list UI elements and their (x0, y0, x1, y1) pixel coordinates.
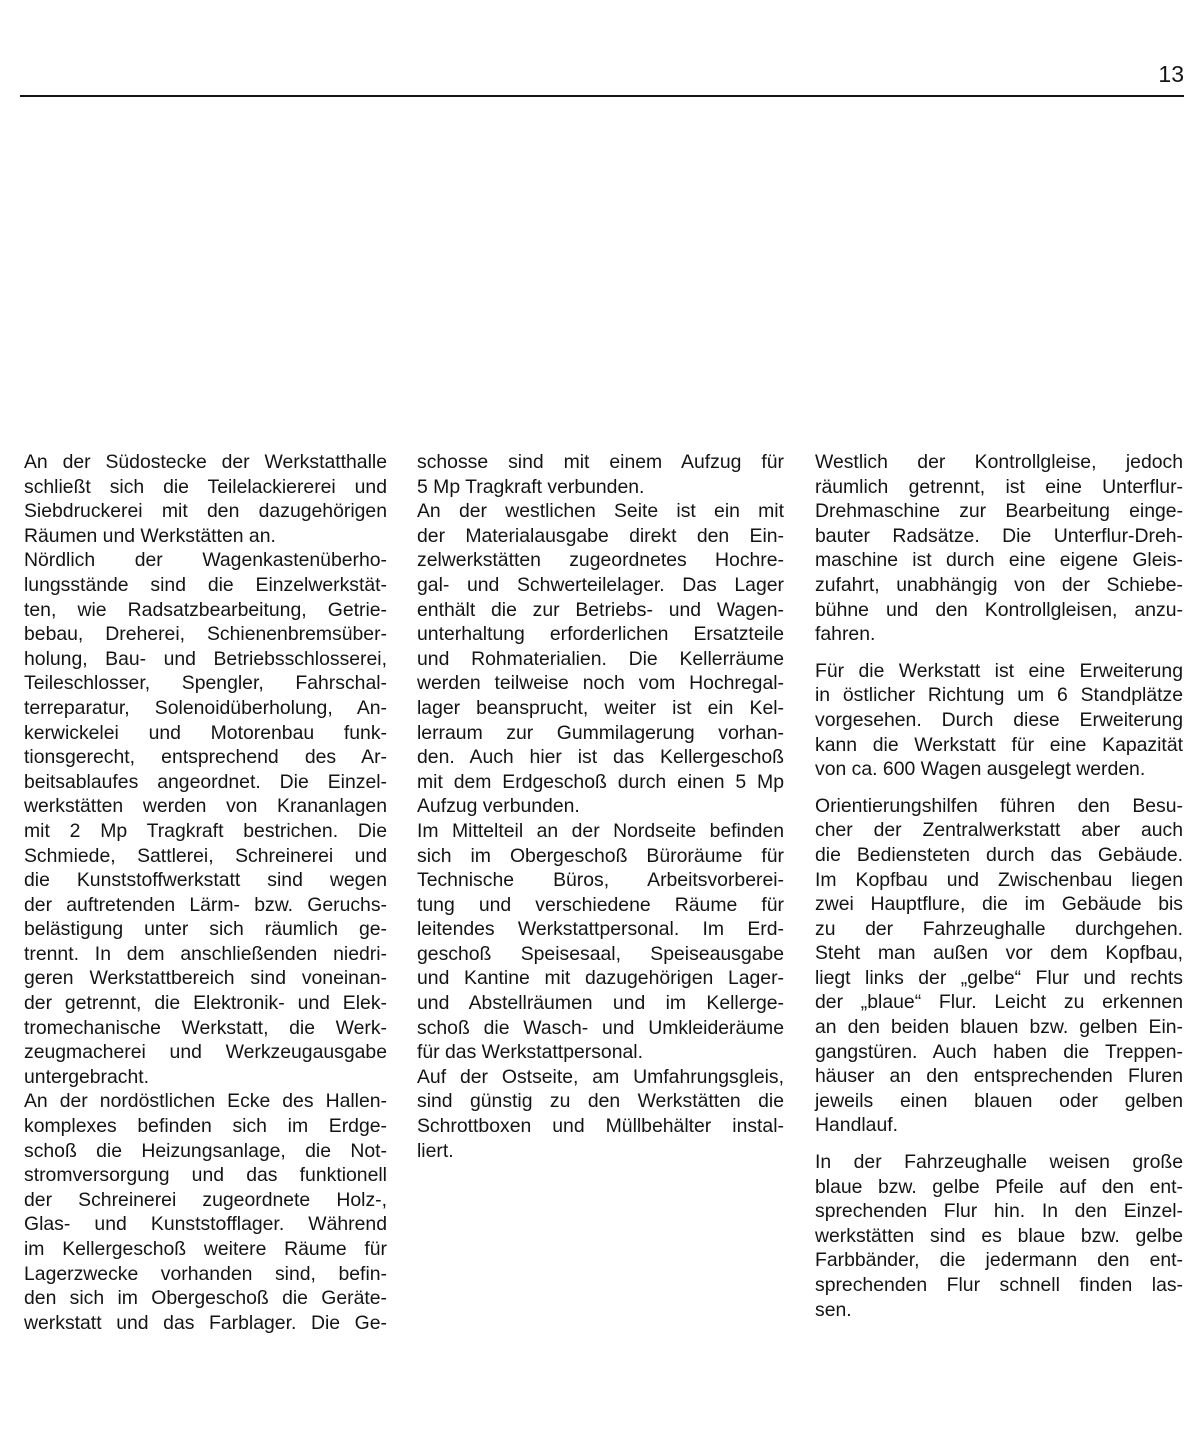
text-line: räumlich getrennt, ist eine Unterflur- (815, 475, 1183, 500)
text-line: Für die Werkstatt ist eine Erweiterung (815, 659, 1183, 684)
text-line: belästigung unter sich räumlich ge- (24, 917, 387, 942)
text-line: Drehmaschine zur Bearbeitung einge- (815, 499, 1183, 524)
text-line: tromechanische Werkstatt, die Werk- (24, 1016, 387, 1041)
text-line: unterhaltung erforderlichen Ersatzteile (417, 622, 784, 647)
text-line: komplexes befinden sich im Erdge- (24, 1114, 387, 1139)
text-line: 5 Mp Tragkraft verbunden. (417, 475, 784, 500)
text-line: der „blaue“ Flur. Leicht zu erkennen (815, 990, 1183, 1015)
text-line: blaue bzw. gelbe Pfeile auf den ent- (815, 1175, 1183, 1200)
text-line: enthält die zur Betriebs- und Wagen- (417, 598, 784, 623)
text-line: untergebracht. (24, 1065, 387, 1090)
paragraph-gap (815, 1138, 1183, 1150)
text-line: leitendes Werkstattpersonal. Im Erd- (417, 917, 784, 942)
text-line: werkstatt und das Farblager. Die Ge- (24, 1311, 387, 1336)
text-line: Aufzug verbunden. (417, 794, 784, 819)
text-line: bühne und den Kontrollgleisen, anzu- (815, 598, 1183, 623)
paragraph: Westlich der Kontrollgleise, jedochräuml… (815, 450, 1183, 647)
text-line: tung und verschiedene Räume für (417, 893, 784, 918)
text-line: der Schreinerei zugeordnete Holz-, (24, 1188, 387, 1213)
text-line: der auftretenden Lärm- bzw. Geruchs- (24, 893, 387, 918)
text-line: sen. (815, 1298, 1183, 1323)
text-line: geren Werkstattbereich sind voneinan- (24, 966, 387, 991)
text-line: Glas- und Kunststofflager. Während (24, 1212, 387, 1237)
text-line: Technische Büros, Arbeitsvorberei- (417, 868, 784, 893)
text-line: den sich im Obergeschoß die Geräte- (24, 1286, 387, 1311)
text-line: geschoß Speisesaal, Speiseausgabe (417, 942, 784, 967)
paragraph-gap (815, 782, 1183, 794)
text-line: bebau, Dreherei, Schienenbremsüber- (24, 622, 387, 647)
text-line: bauter Radsätze. Die Unterflur-Dreh- (815, 524, 1183, 549)
text-line: werden teilweise noch vom Hochregal- (417, 671, 784, 696)
text-line: fahren. (815, 622, 1183, 647)
text-line: zu der Fahrzeughalle durchgehen. (815, 917, 1183, 942)
text-line: mit dem Erdgeschoß durch einen 5 Mp (417, 770, 784, 795)
text-line: Im Kopfbau und Zwischenbau liegen (815, 868, 1183, 893)
text-line: lungsstände sind die Einzelwerkstät- (24, 573, 387, 598)
text-line: werkstätten werden von Krananlagen (24, 794, 387, 819)
text-line: Lagerzwecke vorhanden sind, befin- (24, 1262, 387, 1287)
text-line: sich im Obergeschoß Büroräume für (417, 844, 784, 869)
text-line: Schmiede, Sattlerei, Schreinerei und (24, 844, 387, 869)
paragraph: Orientierungshilfen führen den Besu-cher… (815, 794, 1183, 1138)
text-line: häuser an den entsprechenden Fluren (815, 1064, 1183, 1089)
text-column-2: schosse sind mit einem Aufzug für5 Mp Tr… (417, 450, 784, 1163)
text-line: sprechenden Flur schnell finden las- (815, 1273, 1183, 1298)
text-line: holung, Bau- und Betriebsschlosserei, (24, 647, 387, 672)
text-line: der Materialausgabe direkt den Ein- (417, 524, 784, 549)
paragraph: Für die Werkstatt ist eine Erweiterungin… (815, 659, 1183, 782)
text-line: und Kantine mit dazugehörigen Lager- (417, 966, 784, 991)
text-line: den. Auch hier ist das Kellergeschoß (417, 745, 784, 770)
text-line: schließt sich die Teilelackiererei und (24, 475, 387, 500)
text-line: ten, wie Radsatzbearbeitung, Getrie- (24, 598, 387, 623)
text-line: An der westlichen Seite ist ein mit (417, 499, 784, 524)
text-line: für das Werkstattpersonal. (417, 1040, 784, 1065)
text-line: liert. (417, 1139, 784, 1164)
text-line: zufahrt, unabhängig von der Schiebe- (815, 573, 1183, 598)
text-line: in östlicher Richtung um 6 Standplätze (815, 683, 1183, 708)
text-line: jeweils einen blauen oder gelben (815, 1089, 1183, 1114)
text-line: beitsablaufes angeordnet. Die Einzel- (24, 770, 387, 795)
text-line: zelwerkstätten zugeordnetes Hochre- (417, 548, 784, 573)
text-line: und Rohmaterialien. Die Kellerräume (417, 647, 784, 672)
text-line: die Kunststoffwerkstatt sind wegen (24, 868, 387, 893)
text-line: kerwickelei und Motorenbau funk- (24, 721, 387, 746)
text-line: gangstüren. Auch haben die Treppen- (815, 1040, 1183, 1065)
text-line: Orientierungshilfen führen den Besu- (815, 794, 1183, 819)
text-line: schoß die Heizungsanlage, die Not- (24, 1139, 387, 1164)
text-line: tionsgerecht, entsprechend des Ar- (24, 745, 387, 770)
text-line: Im Mittelteil an der Nordseite befinden (417, 819, 784, 844)
text-line: schosse sind mit einem Aufzug für (417, 450, 784, 475)
text-column-3: Westlich der Kontrollgleise, jedochräuml… (815, 450, 1183, 1322)
text-line: von ca. 600 Wagen ausgelegt werden. (815, 757, 1183, 782)
text-line: Handlauf. (815, 1113, 1183, 1138)
text-line: Siebdruckerei mit den dazugehörigen (24, 499, 387, 524)
text-line: der getrennt, die Elektronik- und Elek- (24, 991, 387, 1016)
text-line: die Bediensteten durch das Gebäude. (815, 843, 1183, 868)
text-line: cher der Zentralwerkstatt aber auch (815, 818, 1183, 843)
text-line: trennt. In dem anschließenden niedri- (24, 942, 387, 967)
text-line: Schrottboxen und Müllbehälter instal- (417, 1114, 784, 1139)
text-line: Auf der Ostseite, am Umfahrungsgleis, (417, 1065, 784, 1090)
text-line: mit 2 Mp Tragkraft bestrichen. Die (24, 819, 387, 844)
text-line: terreparatur, Solenoidüberholung, An- (24, 696, 387, 721)
text-line: vorgesehen. Durch diese Erweiterung (815, 708, 1183, 733)
text-line: kann die Werkstatt für eine Kapazität (815, 733, 1183, 758)
text-line: sprechenden Flur hin. In den Einzel- (815, 1199, 1183, 1224)
text-line: im Kellergeschoß weitere Räume für (24, 1237, 387, 1262)
text-line: maschine ist durch eine eigene Gleis- (815, 548, 1183, 573)
text-column-1: An der Südostecke der Werkstatthalleschl… (24, 450, 387, 1335)
text-line: Nördlich der Wagenkastenüberho- (24, 548, 387, 573)
text-line: zeugmacherei und Werkzeugausgabe (24, 1040, 387, 1065)
text-line: lerraum zur Gummilagerung vorhan- (417, 721, 784, 746)
header-rule (20, 95, 1184, 97)
page-number: 13 (1158, 60, 1184, 88)
text-line: Steht man außen vor dem Kopfbau, (815, 941, 1183, 966)
text-line: Räumen und Werkstätten an. (24, 524, 387, 549)
text-line: An der Südostecke der Werkstatthalle (24, 450, 387, 475)
paragraph: In der Fahrzeughalle weisen großeblaue b… (815, 1150, 1183, 1322)
text-line: In der Fahrzeughalle weisen große (815, 1150, 1183, 1175)
text-line: werkstätten sind es blaue bzw. gelbe (815, 1224, 1183, 1249)
text-line: Teileschlosser, Spengler, Fahrschal- (24, 671, 387, 696)
text-line: zwei Hauptflure, die im Gebäude bis (815, 892, 1183, 917)
text-line: An der nordöstlichen Ecke des Hallen- (24, 1089, 387, 1114)
text-line: stromversorgung und das funktionell (24, 1163, 387, 1188)
paragraph-gap (815, 647, 1183, 659)
text-line: Westlich der Kontrollgleise, jedoch (815, 450, 1183, 475)
text-line: liegt links der „gelbe“ Flur und rechts (815, 966, 1183, 991)
text-line: Farbbänder, die jedermann den ent- (815, 1248, 1183, 1273)
text-line: gal- und Schwerteilelager. Das Lager (417, 573, 784, 598)
text-line: und Abstellräumen und im Kellerge- (417, 991, 784, 1016)
text-line: sind günstig zu den Werkstätten die (417, 1089, 784, 1114)
text-line: schoß die Wasch- und Umkleideräume (417, 1016, 784, 1041)
text-line: lager beansprucht, weiter ist ein Kel- (417, 696, 784, 721)
text-line: an den beiden blauen bzw. gelben Ein- (815, 1015, 1183, 1040)
